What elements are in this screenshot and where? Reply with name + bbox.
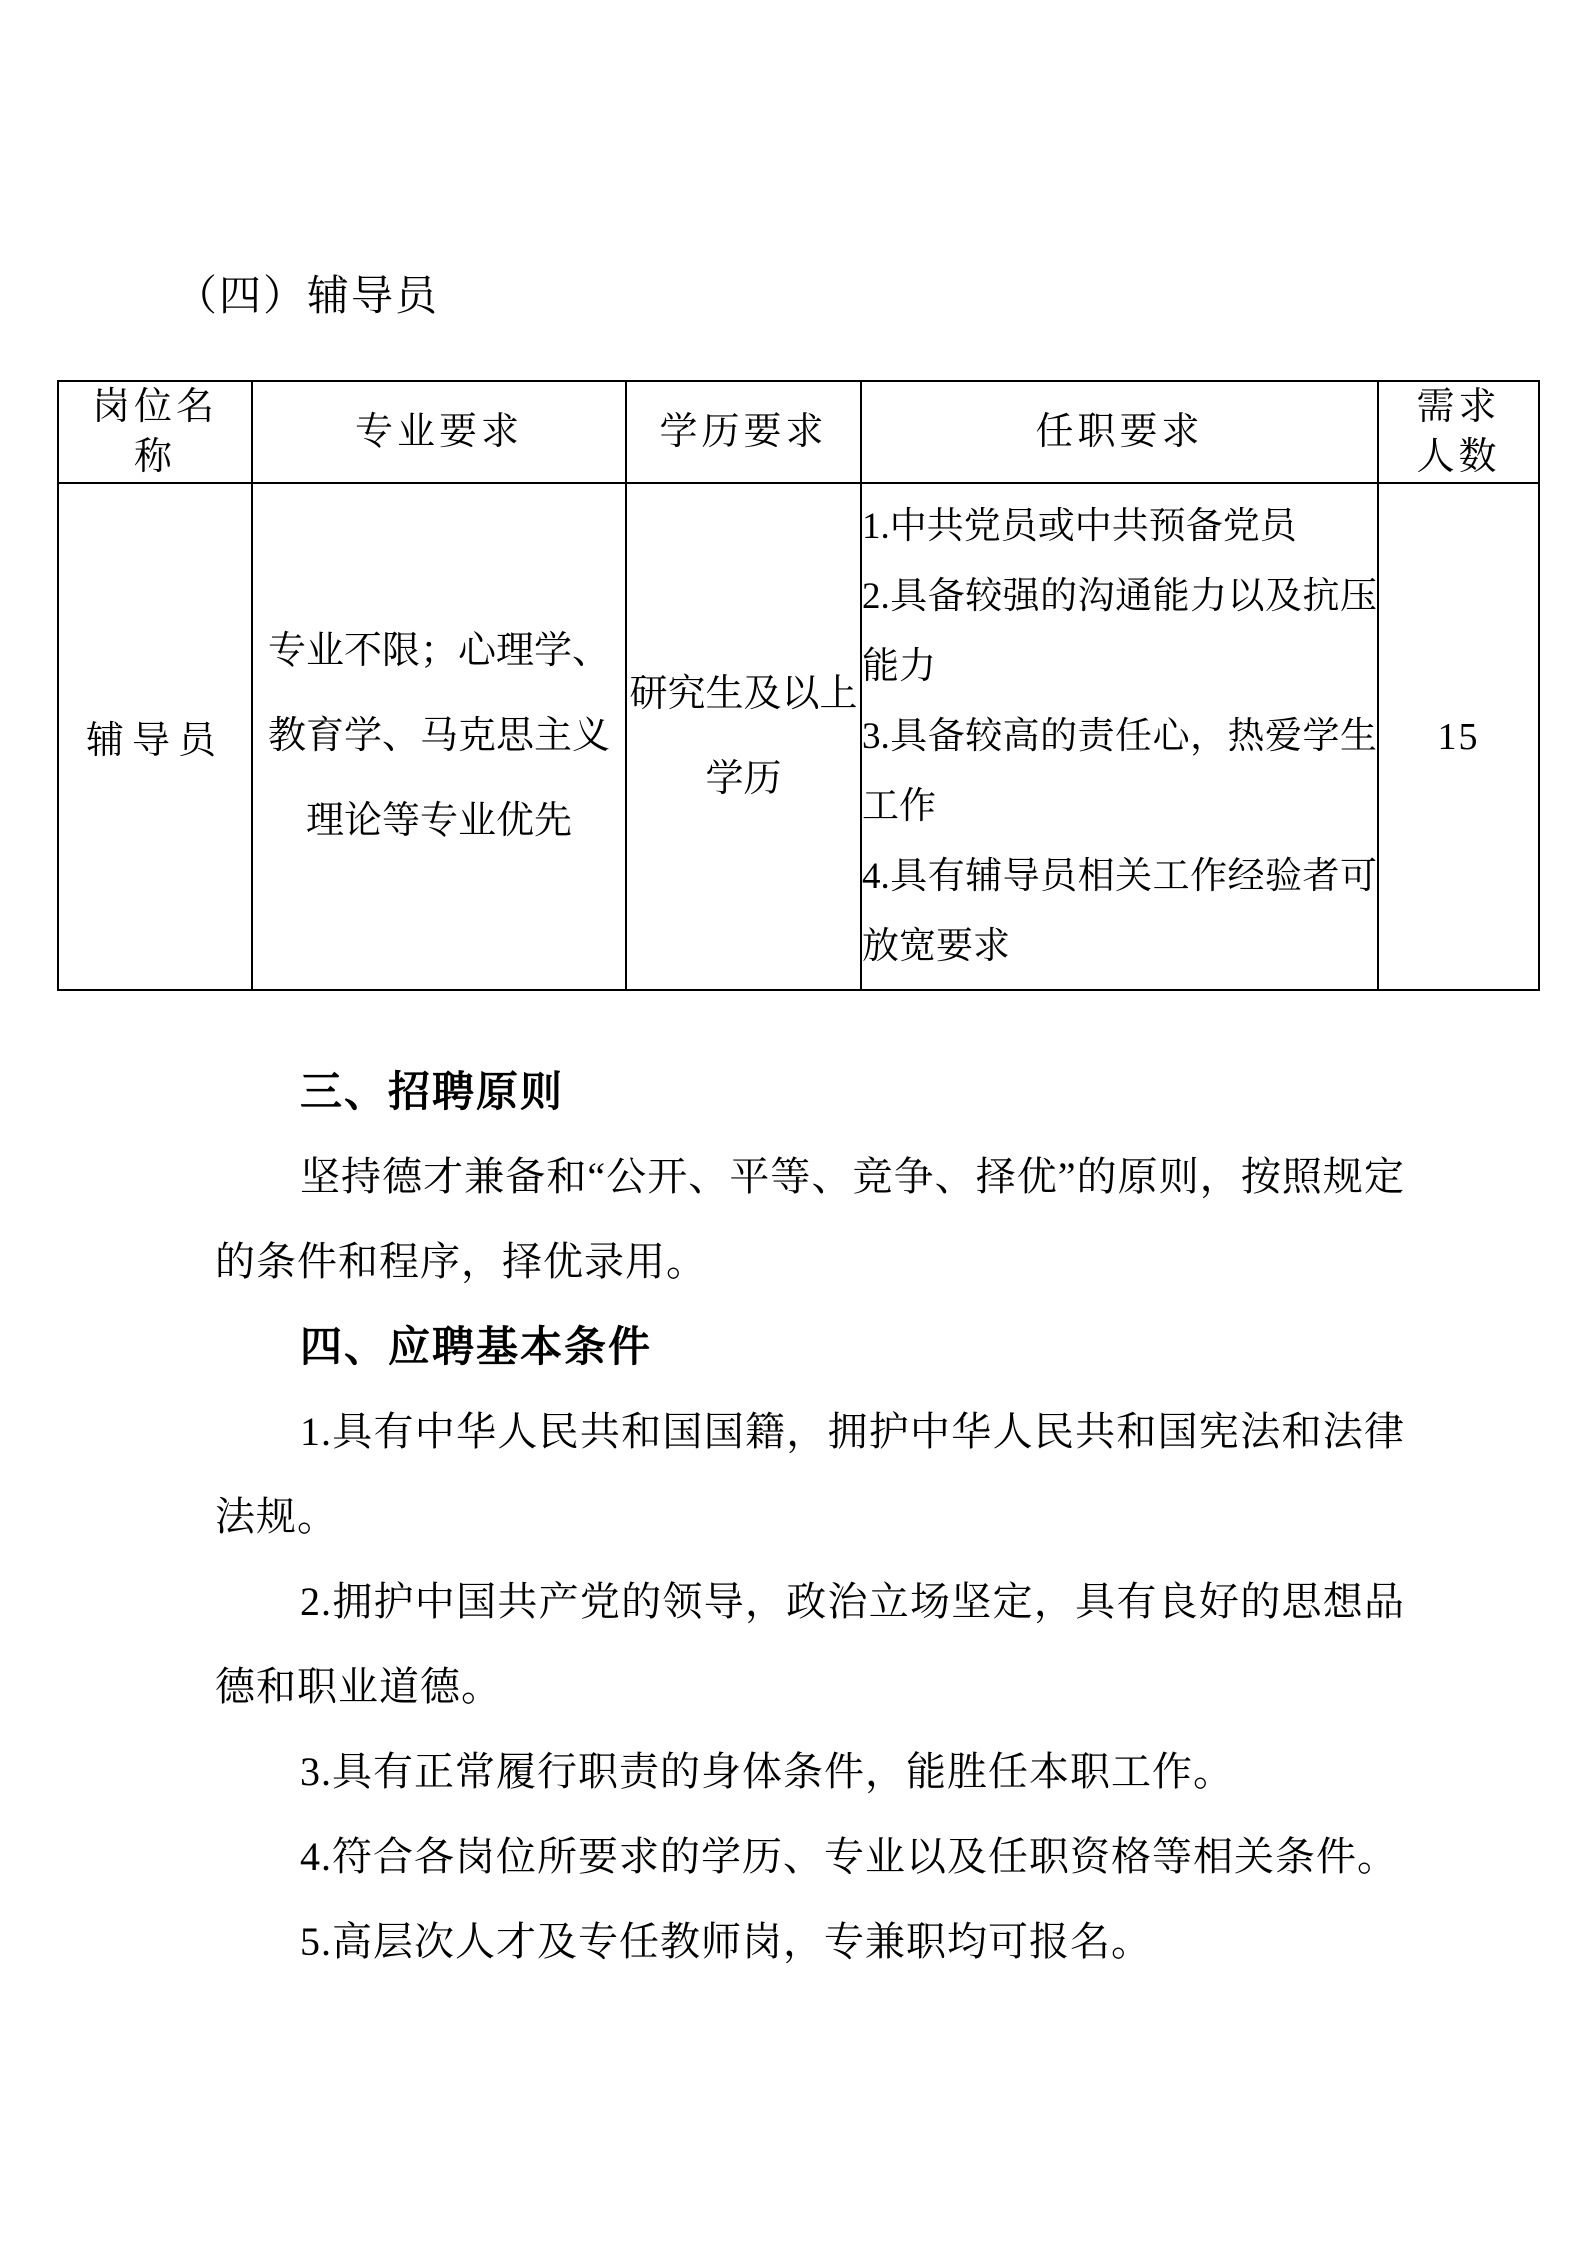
cell-headcount-value: 15 — [1378, 483, 1539, 990]
requirement-item-4: 4.具有辅导员相关工作经验者可放宽要求 — [862, 842, 1377, 982]
cell-position-name: 辅导员 — [58, 483, 252, 990]
condition-item-5: 5.高层次人才及专任教师岗，专兼职均可报名。 — [215, 1899, 1405, 1984]
position-table: 岗位名称 专业要求 学历要求 任职要求 需求人数 辅导员 专业不限；心理学、教育… — [57, 380, 1540, 991]
cell-major-requirement: 专业不限；心理学、教育学、马克思主义理论等专业优先 — [252, 483, 626, 990]
requirement-item-2: 2.具备较强的沟通能力以及抗压能力 — [862, 562, 1377, 702]
cell-job-requirements: 1.中共党员或中共预备党员 2.具备较强的沟通能力以及抗压能力 3.具备较高的责… — [861, 483, 1378, 990]
document-page: （四）辅导员 岗位名称 专业要求 学历要求 任职要求 需求人数 辅导员 专业不限… — [0, 0, 1587, 2245]
condition-item-3: 3.具有正常履行职责的身体条件，能胜任本职工作。 — [215, 1729, 1405, 1814]
col-header-major: 专业要求 — [252, 381, 626, 483]
cell-education-requirement: 研究生及以上学历 — [626, 483, 861, 990]
section-heading-counselor: （四）辅导员 — [175, 270, 1587, 325]
condition-item-2: 2.拥护中国共产党的领导，政治立场坚定，具有良好的思想品德和职业道德。 — [215, 1559, 1405, 1729]
requirement-item-3: 3.具备较高的责任心，热爱学生工作 — [862, 702, 1377, 842]
section-3-heading: 三、招聘原则 — [215, 1049, 1405, 1134]
requirement-item-1: 1.中共党员或中共预备党员 — [862, 492, 1377, 562]
table-row: 辅导员 专业不限；心理学、教育学、马克思主义理论等专业优先 研究生及以上学历 1… — [58, 483, 1539, 990]
table-header-row: 岗位名称 专业要求 学历要求 任职要求 需求人数 — [58, 381, 1539, 483]
condition-item-1: 1.具有中华人民共和国国籍，拥护中华人民共和国宪法和法律法规。 — [215, 1389, 1405, 1559]
section-4-heading: 四、应聘基本条件 — [215, 1304, 1405, 1389]
condition-item-4: 4.符合各岗位所要求的学历、专业以及任职资格等相关条件。 — [215, 1814, 1405, 1899]
col-header-position: 岗位名称 — [58, 381, 252, 483]
body-text: 三、招聘原则 坚持德才兼备和“公开、平等、竞争、择优”的原则，按照规定的条件和程… — [215, 1049, 1405, 1984]
col-header-education: 学历要求 — [626, 381, 861, 483]
section-3-paragraph: 坚持德才兼备和“公开、平等、竞争、择优”的原则，按照规定的条件和程序，择优录用。 — [215, 1134, 1405, 1304]
col-header-headcount: 需求人数 — [1378, 381, 1539, 483]
col-header-requirements: 任职要求 — [861, 381, 1378, 483]
